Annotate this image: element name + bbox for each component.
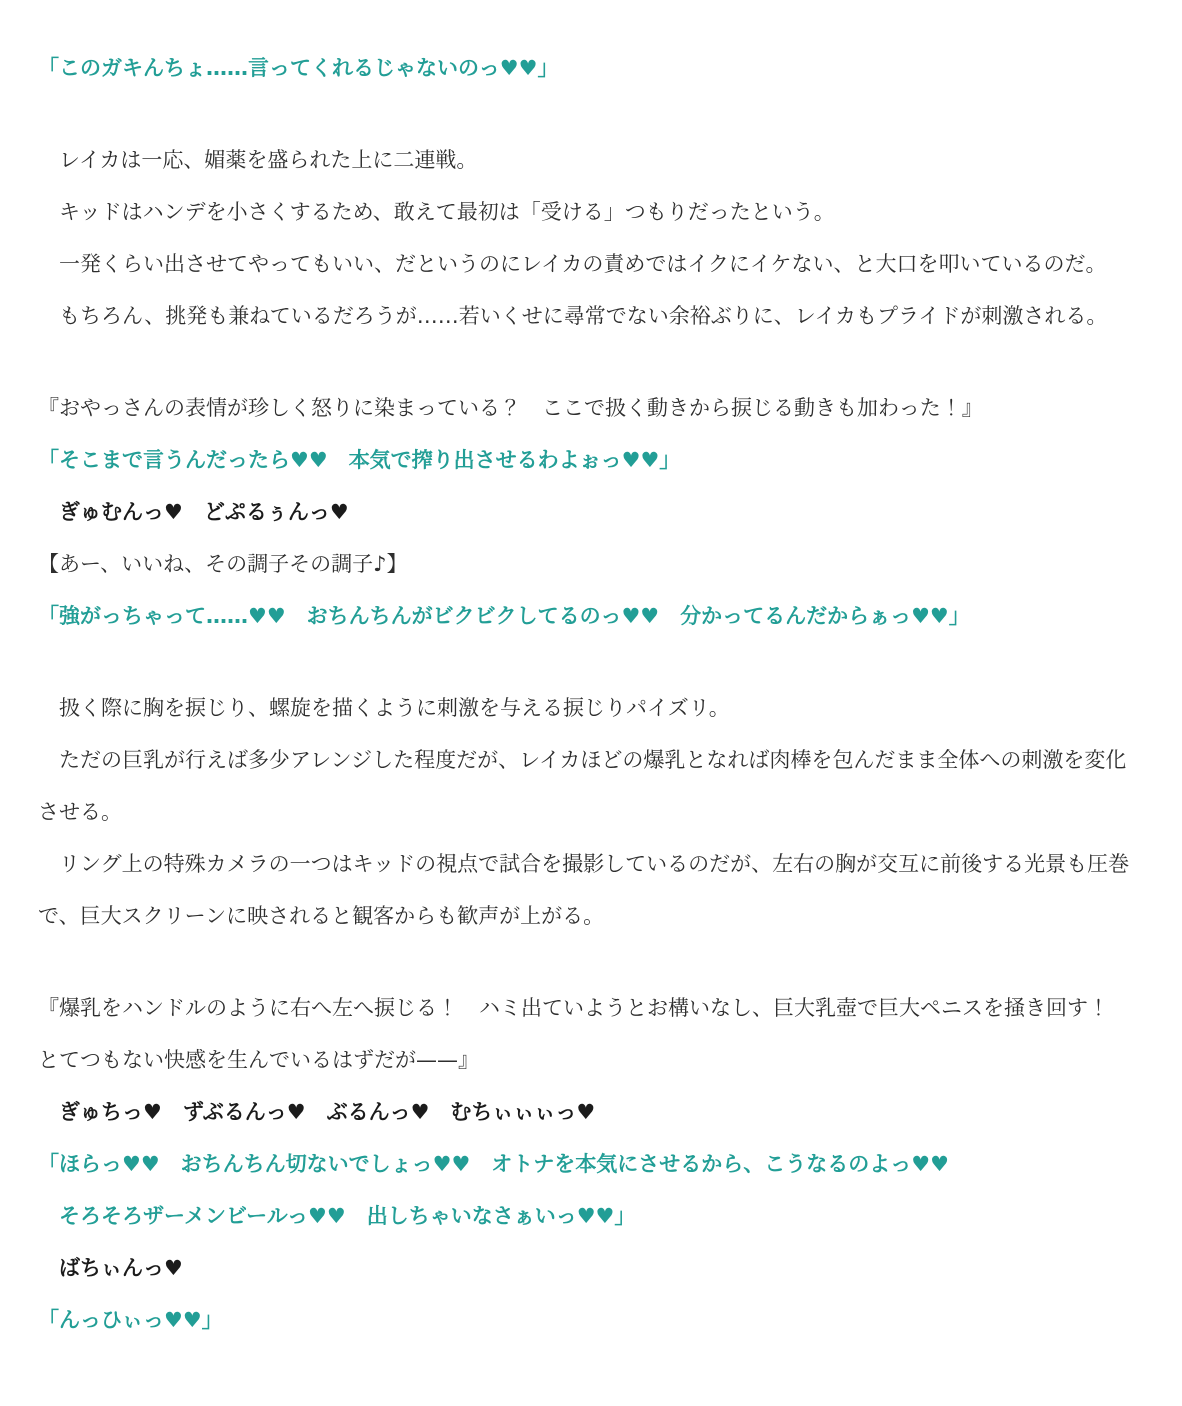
narration-line: もちろん、挑発も兼ねているだろうが……若いくせに尋常でない余裕ぶりに、レイカもプ… (38, 290, 1144, 342)
narration-line: レイカは一応、媚薬を盛られた上に二連戦。 (38, 134, 1144, 186)
dialogue-line: 「そこまで言うんだったら♥♥ 本気で搾り出させるわよぉっ♥♥」 (38, 434, 1144, 486)
narration-line: 扱く際に胸を捩じり、螺旋を描くように刺激を与える捩じりパイズリ。 (38, 682, 1144, 734)
sfx-line: ぎゅちっ♥ ずぶるんっ♥ ぶるんっ♥ むちぃぃぃっ♥ (38, 1086, 1144, 1138)
dialogue-line: 「んっひぃっ♥♥」 (38, 1294, 1144, 1346)
dialogue-line: 「ほらっ♥♥ おちんちん切ないでしょっ♥♥ オトナを本気にさせるから、こうなるの… (38, 1138, 1144, 1190)
dialogue-line: 「このガキんちょ……言ってくれるじゃないのっ♥♥」 (38, 42, 1144, 94)
commentary-line: 『おやっさんの表情が珍しく怒りに染まっている？ ここで扱く動きから捩じる動きも加… (38, 382, 1144, 434)
commentary-line: 【あー、いいね、その調子その調子♪】 (38, 538, 1144, 590)
narration-line: ただの巨乳が行えば多少アレンジした程度だが、レイカほどの爆乳となれば肉棒を包んだ… (38, 734, 1144, 838)
narration-line: リング上の特殊カメラの一つはキッドの視点で試合を撮影しているのだが、左右の胸が交… (38, 838, 1144, 942)
commentary-line: 『爆乳をハンドルのように右へ左へ捩じる！ ハミ出ていようとお構いなし、巨大乳壺で… (38, 982, 1144, 1086)
narration-line: キッドはハンデを小さくするため、敢えて最初は「受ける」つもりだったという。 (38, 186, 1144, 238)
dialogue-line: 「強がっちゃって……♥♥ おちんちんがビクビクしてるのっ♥♥ 分かってるんだから… (38, 590, 1144, 642)
narration-line: 一発くらい出させてやってもいい、だというのにレイカの責めではイクにイケない、と大… (38, 238, 1144, 290)
document-page: 「このガキんちょ……言ってくれるじゃないのっ♥♥」 レイカは一応、媚薬を盛られた… (0, 0, 1182, 1406)
dialogue-line: そろそろザーメンビールっ♥♥ 出しちゃいなさぁいっ♥♥」 (38, 1190, 1144, 1242)
sfx-line: ばちぃんっ♥ (38, 1242, 1144, 1294)
sfx-line: ぎゅむんっ♥ どぷるぅんっ♥ (38, 486, 1144, 538)
